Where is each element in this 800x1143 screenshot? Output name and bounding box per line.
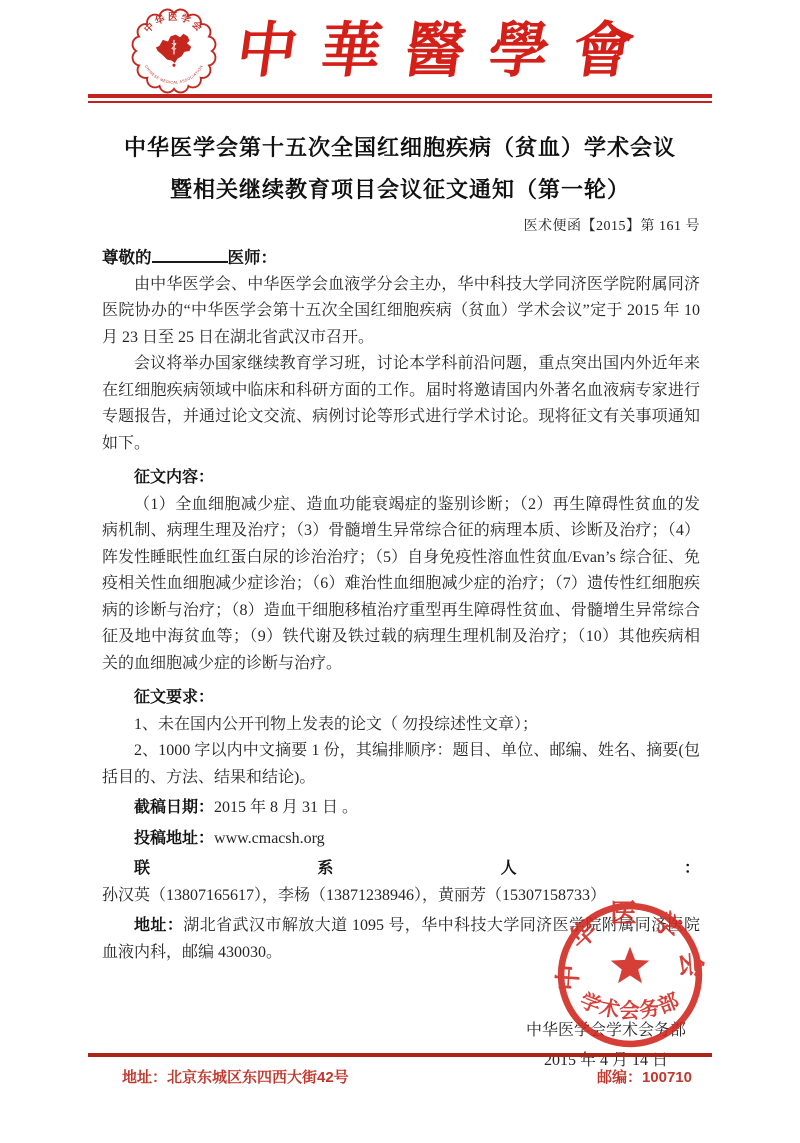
- deadline-label: 截稿日期：: [134, 799, 214, 816]
- signature-org: 中华医学会学术会务部: [526, 1016, 686, 1046]
- requirement-item-1: 1、未在国内公开刊物上发表的论文（ 勿投综述性文章）；: [102, 712, 700, 739]
- deadline-value: 2015 年 8 月 31 日 。: [214, 799, 358, 816]
- paragraph-organizers: 由中华医学会、中华医学会血液学分会主办，华中科技大学同济医学院附属同济医院协办的…: [102, 272, 700, 352]
- section-heading-requirements: 征文要求：: [102, 685, 700, 712]
- contacts-line: 联系人：孙汉英（13807165617），李杨（13871238946），黄丽芳…: [102, 856, 700, 909]
- cma-emblem-icon: 中华医学会 CHINESE MEDICAL ASSOCIATION: [131, 8, 217, 94]
- salutation: 尊敬的医师：: [102, 245, 700, 272]
- contacts-label: 联系人：: [134, 860, 700, 877]
- letter-body: 尊敬的医师： 由中华医学会、中华医学会血液学分会主办，华中科技大学同济医学院附属…: [102, 245, 700, 1076]
- footer-rule: [88, 1053, 712, 1057]
- salutation-blank: [152, 249, 228, 263]
- title-line-1: 中华医学会第十五次全国红细胞疾病（贫血）学术会议: [0, 127, 800, 169]
- address-line: 地址：湖北省武汉市解放大道 1095 号，华中科技大学同济医学院附属同济医院血液…: [102, 913, 700, 966]
- calligraphy-title: 中華醫學會: [231, 8, 663, 94]
- letter-page: 中华医学会 CHINESE MEDICAL ASSOCIATION 中華醫學會 …: [0, 0, 800, 1143]
- footer: 地址：北京东城区东四西大街42号 邮编：100710: [0, 1053, 800, 1087]
- document-number: 医术便函【2015】第 161 号: [0, 215, 700, 235]
- salutation-prefix: 尊敬的: [102, 249, 152, 267]
- paragraph-conference-intro: 会议将举办国家继续教育学习班，讨论本学科前沿问题，重点突出国内外近年来在红细胞疾…: [102, 351, 700, 457]
- address-label: 地址：: [134, 917, 183, 934]
- paragraph-topics-list: （1）全血细胞减少症、造血功能衰竭症的鉴别诊断；（2）再生障碍性贫血的发病机制、…: [102, 492, 700, 678]
- submission-label: 投稿地址：: [134, 830, 214, 847]
- footer-postcode: 邮编：100710: [597, 1066, 692, 1087]
- submission-line: 投稿地址：www.cmacsh.org: [102, 826, 700, 853]
- salutation-suffix: 医师：: [228, 249, 278, 267]
- submission-url: www.cmacsh.org: [214, 830, 325, 847]
- deadline-line: 截稿日期：2015 年 8 月 31 日 。: [102, 795, 700, 822]
- title-line-2: 暨相关继续教育项目会议征文通知（第一轮）: [0, 169, 800, 211]
- header-double-rule: [88, 94, 712, 103]
- letterhead: 中华医学会 CHINESE MEDICAL ASSOCIATION 中華醫學會: [0, 0, 794, 92]
- section-heading-topics: 征文内容：: [102, 465, 700, 492]
- requirement-item-2: 2、1000 字以内中文摘要 1 份，其编排顺序：题目、单位、邮编、姓名、摘要(…: [102, 738, 700, 791]
- address-value: 湖北省武汉市解放大道 1095 号，华中科技大学同济医学院附属同济医院血液内科，…: [102, 917, 700, 961]
- contacts-value: 孙汉英（13807165617），李杨（13871238946），黄丽芳（153…: [102, 887, 606, 904]
- document-title: 中华医学会第十五次全国红细胞疾病（贫血）学术会议 暨相关继续教育项目会议征文通知…: [0, 127, 800, 211]
- footer-address: 地址：北京东城区东四西大街42号: [122, 1066, 349, 1087]
